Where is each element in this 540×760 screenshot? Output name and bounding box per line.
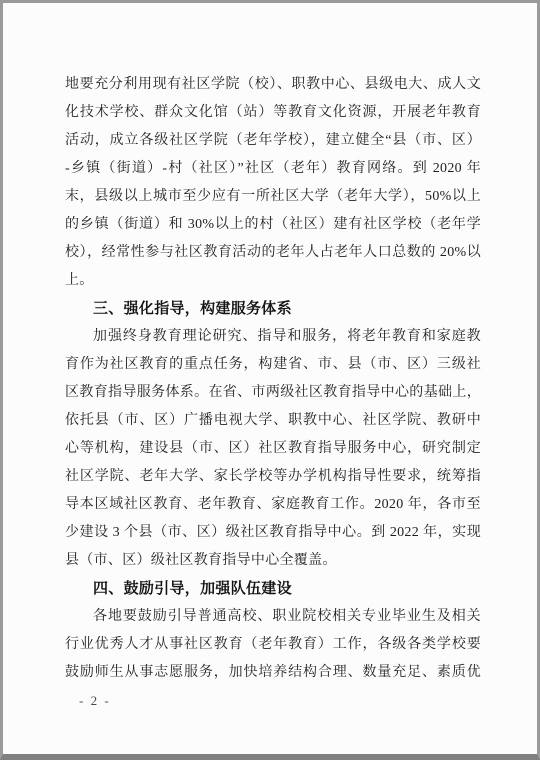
body-line: 上。 [65, 267, 481, 295]
body-line: 区教育指导服务体系。在省、市两级社区教育指导中心的基础上， [65, 379, 481, 407]
body-line: 的乡镇（街道）和 30%以上的村（社区）建有社区学校（老年学 [65, 211, 481, 239]
document-page: 地要充分利用现有社区学院（校）、职教中心、县级电大、成人文 化技术学校、群众文化… [0, 0, 540, 760]
body-line: 少建设 3 个县（市、区）级社区教育指导中心。到 2022 年，实现 [65, 519, 481, 547]
page-number: - 2 - [79, 693, 111, 709]
body-line: 育作为社区教育的重点任务，构建省、市、县（市、区）三级社 [65, 351, 481, 379]
body-line: 鼓励师生从事志愿服务，加快培养结构合理、数量充足、素质优 [65, 659, 481, 687]
body-line: 活动，成立各级社区学院（老年学校），建立健全“县（市、区） [65, 127, 481, 155]
body-line: 县（市、区）级社区教育指导中心全覆盖。 [65, 547, 481, 575]
body-line: 各地要鼓励引导普通高校、职业院校相关专业毕业生及相关 [65, 603, 481, 631]
body-line: 地要充分利用现有社区学院（校）、职教中心、县级电大、成人文 [65, 71, 481, 99]
document-text-block: 地要充分利用现有社区学院（校）、职教中心、县级电大、成人文 化技术学校、群众文化… [65, 71, 481, 687]
body-line: 导本区域社区教育、老年教育、家庭教育工作。2020 年，各市至 [65, 491, 481, 519]
body-line: -乡镇（街道）-村（社区）”社区（老年）教育网络。到 2020 年 [65, 155, 481, 183]
body-line: 化技术学校、群众文化馆（站）等教育文化资源，开展老年教育 [65, 99, 481, 127]
section-3-heading: 三、强化指导，构建服务体系 [65, 295, 481, 323]
body-line: 末，县级以上城市至少应有一所社区大学（老年大学），50%以上 [65, 183, 481, 211]
section-4-heading: 四、鼓励引导，加强队伍建设 [65, 575, 481, 603]
body-line: 行业优秀人才从事社区教育（老年教育）工作，各级各类学校要 [65, 631, 481, 659]
body-line: 校），经常性参与社区教育活动的老年人占老年人口总数的 20%以 [65, 239, 481, 267]
body-line: 社区学院、老年大学、家长学校等办学机构指导性要求，统筹指 [65, 463, 481, 491]
body-line: 心等机构，建设县（市、区）社区教育指导服务中心，研究制定 [65, 435, 481, 463]
body-line: 加强终身教育理论研究、指导和服务，将老年教育和家庭教 [65, 323, 481, 351]
body-line: 依托县（市、区）广播电视大学、职教中心、社区学院、教研中 [65, 407, 481, 435]
